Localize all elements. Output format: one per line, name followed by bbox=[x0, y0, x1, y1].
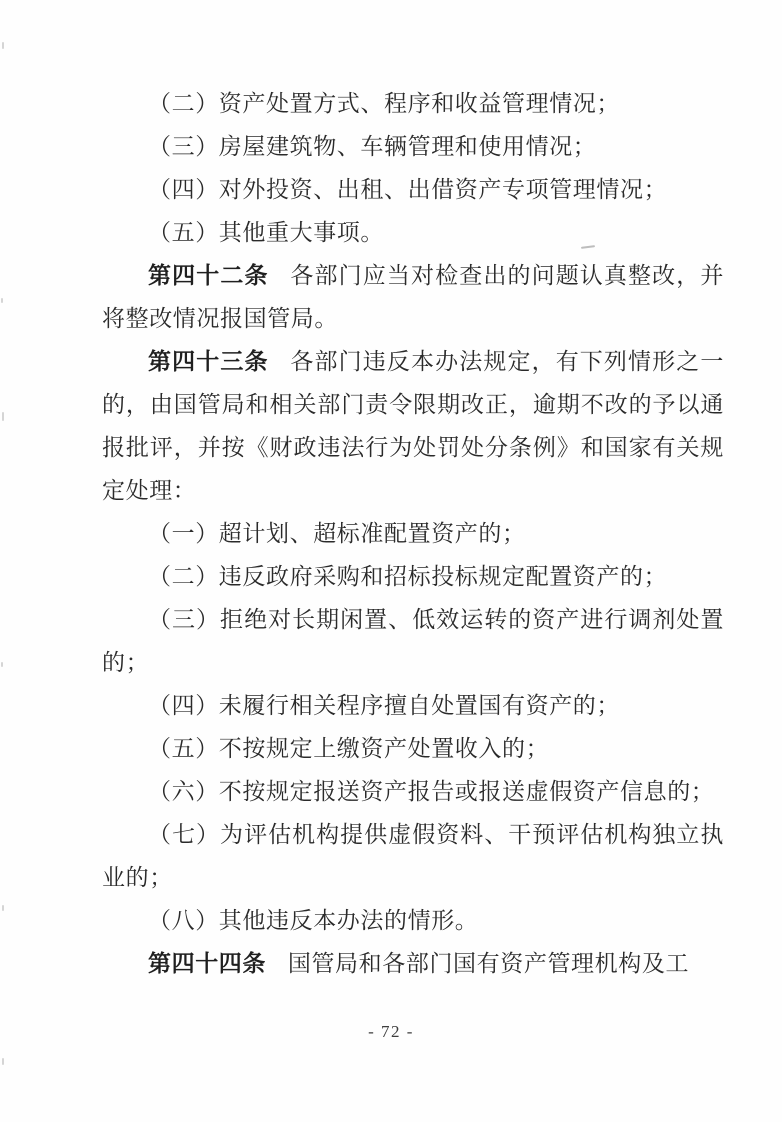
clause-paragraph: （四）未履行相关程序擅自处置国有资产的； bbox=[102, 684, 724, 727]
article-paragraph: 第四十二条各部门应当对检查出的问题认真整改，并将整改情况报国管局。 bbox=[102, 254, 724, 340]
page-number: - 72 - bbox=[0, 1022, 782, 1042]
document-page: （二）资产处置方式、程序和收益管理情况；（三）房屋建筑物、车辆管理和使用情况；（… bbox=[0, 0, 782, 1122]
paragraph-text: （七）为评估机构提供虚假资料、干预评估机构独立执业的； bbox=[102, 822, 724, 890]
paragraph-text: （三）房屋建筑物、车辆管理和使用情况； bbox=[148, 134, 596, 159]
scan-edge-speck bbox=[1, 662, 3, 667]
paragraph-text: （五）不按规定上缴资产处置收入的； bbox=[148, 736, 549, 761]
clause-paragraph: （七）为评估机构提供虚假资料、干预评估机构独立执业的； bbox=[102, 813, 724, 899]
scan-edge-speck bbox=[2, 42, 4, 49]
clause-paragraph: （五）不按规定上缴资产处置收入的； bbox=[102, 727, 724, 770]
clause-paragraph: （二）资产处置方式、程序和收益管理情况； bbox=[102, 82, 724, 125]
document-body: （二）资产处置方式、程序和收益管理情况；（三）房屋建筑物、车辆管理和使用情况；（… bbox=[102, 82, 724, 985]
paragraph-text: （八）其他违反本办法的情形。 bbox=[148, 908, 478, 933]
scan-edge-speck bbox=[2, 1058, 4, 1065]
paragraph-text: （四）未履行相关程序擅自处置国有资产的； bbox=[148, 693, 620, 718]
scan-edge-speck bbox=[2, 905, 4, 911]
clause-paragraph: （五）其他重大事项。 bbox=[102, 211, 724, 254]
scan-edge-speck bbox=[2, 412, 4, 421]
paragraph-text: （五）其他重大事项。 bbox=[148, 220, 384, 245]
clause-paragraph: （二）违反政府采购和招标投标规定配置资产的； bbox=[102, 555, 724, 598]
paragraph-text: （二）资产处置方式、程序和收益管理情况； bbox=[148, 91, 620, 116]
clause-paragraph: （四）对外投资、出租、出借资产专项管理情况； bbox=[102, 168, 724, 211]
article-paragraph: 第四十三条各部门违反本办法规定，有下列情形之一的，由国管局和相关部门责令限期改正… bbox=[102, 340, 724, 512]
paragraph-text: （四）对外投资、出租、出借资产专项管理情况； bbox=[148, 177, 667, 202]
article-number: 第四十三条 bbox=[148, 349, 269, 374]
paragraph-text: （一）超计划、超标准配置资产的； bbox=[148, 521, 526, 546]
clause-paragraph: （八）其他违反本办法的情形。 bbox=[102, 899, 724, 942]
paragraph-text: （二）违反政府采购和招标投标规定配置资产的； bbox=[148, 564, 667, 589]
article-number: 第四十四条 bbox=[148, 951, 266, 976]
clause-paragraph: （一）超计划、超标准配置资产的； bbox=[102, 512, 724, 555]
clause-paragraph: （三）拒绝对长期闲置、低效运转的资产进行调剂处置的； bbox=[102, 598, 724, 684]
article-paragraph: 第四十四条国管局和各部门国有资产管理机构及工 bbox=[102, 942, 724, 985]
article-number: 第四十二条 bbox=[148, 263, 269, 288]
clause-paragraph: （六）不按规定报送资产报告或报送虚假资产信息的； bbox=[102, 770, 724, 813]
paragraph-text: （六）不按规定报送资产报告或报送虚假资产信息的； bbox=[148, 779, 714, 804]
scan-edge-speck bbox=[1, 298, 3, 303]
paragraph-text: （三）拒绝对长期闲置、低效运转的资产进行调剂处置的； bbox=[102, 607, 724, 675]
clause-paragraph: （三）房屋建筑物、车辆管理和使用情况； bbox=[102, 125, 724, 168]
paragraph-text: 国管局和各部门国有资产管理机构及工 bbox=[288, 951, 689, 976]
